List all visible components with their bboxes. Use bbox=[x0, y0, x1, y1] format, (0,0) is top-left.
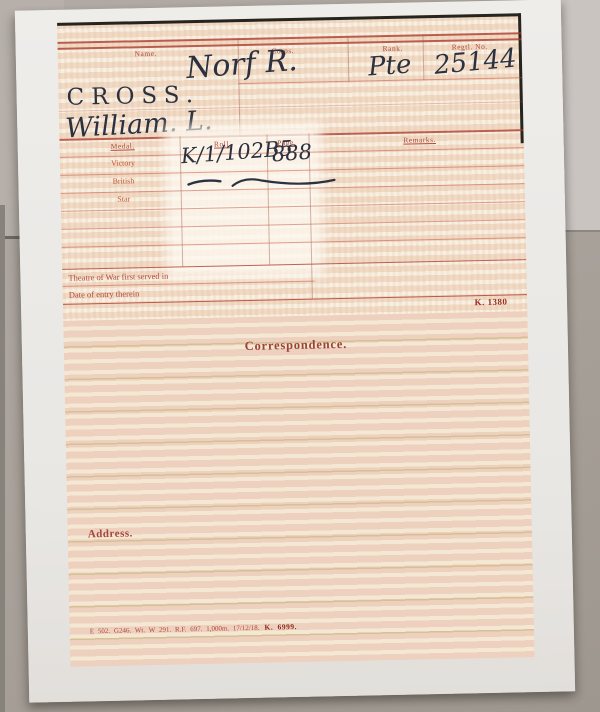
photo-background: Name. Corps. Rank. Regtl. No. Norf R. Pt… bbox=[0, 0, 600, 712]
footer-print-text: E 502. G246. Wt. W 291. R.F. 697. 1,000m… bbox=[90, 624, 260, 636]
theatre-of-war-label: Theatre of War first served in bbox=[68, 271, 168, 283]
handwritten-page-number: 888 bbox=[271, 140, 313, 167]
handwritten-corps-value: Norf R. bbox=[185, 43, 299, 86]
date-of-entry-label: Date of entry therein bbox=[69, 288, 140, 299]
footer-print-line: E 502. G246. Wt. W 291. R.F. 697. 1,000m… bbox=[90, 622, 297, 635]
medal-row-star: Star bbox=[84, 194, 164, 205]
medal-index-card: Name. Corps. Rank. Regtl. No. Norf R. Pt… bbox=[57, 13, 534, 667]
backing-paper-sheet: Name. Corps. Rank. Regtl. No. Norf R. Pt… bbox=[15, 0, 575, 703]
form-code-k1380: K. 1380 bbox=[459, 296, 523, 307]
remarks-column-header: Remarks. bbox=[380, 135, 460, 146]
handwritten-regtl-no-value: 25144 bbox=[433, 43, 518, 80]
correspondence-heading: Correspondence. bbox=[64, 333, 528, 358]
medal-row-british: British bbox=[83, 176, 163, 187]
medal-row-victory: Victory bbox=[83, 158, 163, 169]
footer-form-code: K. 6999. bbox=[264, 622, 297, 632]
table-edge-strip bbox=[0, 205, 5, 712]
name-column-label: Name. bbox=[106, 48, 186, 59]
medal-column-header: Medal. bbox=[83, 141, 163, 152]
card-top-border bbox=[57, 13, 521, 25]
handwritten-rank-value: Pte bbox=[367, 49, 412, 82]
address-label: Address. bbox=[88, 527, 133, 540]
card-upper-section: Name. Corps. Rank. Regtl. No. Norf R. Pt… bbox=[57, 13, 527, 321]
